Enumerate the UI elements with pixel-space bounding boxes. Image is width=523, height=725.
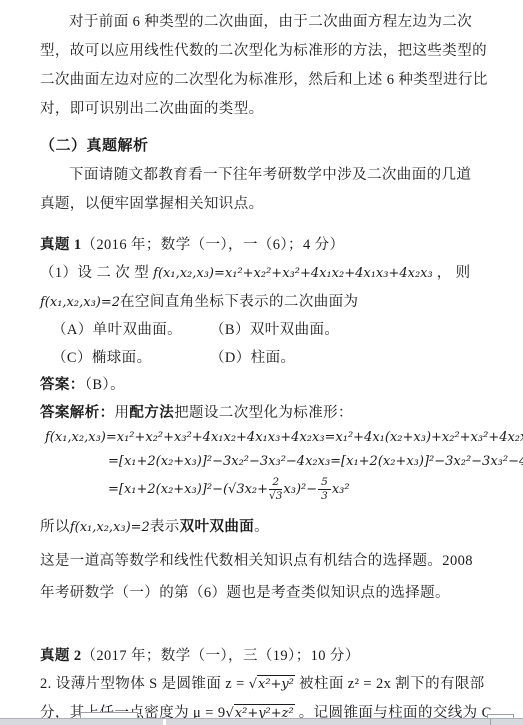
- problem1-statement-line1: （1）设 二 次 型 f(x₁,x₂,x₃)=x₁²+x₂²+x₃²+4x₁x₂…: [40, 259, 487, 288]
- section-intro: 下面请随文都教育看一下往年考研数学中涉及二次曲面的几道 真题，以便牢固掌握相关知…: [40, 161, 487, 219]
- analysis-text: 把题设二次型化为标准形：: [174, 405, 353, 421]
- formula-line-2: =[x₁+2(x₂+x₃)]²−3x₂²−3x₃²−4x₂x₃=[x₁+2(x₂…: [108, 454, 523, 469]
- section-intro-line: 下面请随文都教育看一下往年考研数学中涉及二次曲面的几道: [40, 161, 487, 190]
- options-row-2: （C）椭球面。 （D）柱面。: [52, 344, 487, 373]
- formula-segment: =[x₁+2(x₂+x₃)]²−(√3x₂+: [108, 482, 268, 497]
- section-intro-line: 真题，以便牢固掌握相关知识点。: [40, 190, 487, 219]
- problem2-line1: 2. 设薄片型物体 S 是圆锥面 z = √x²+y² 被柱面 z² = 2x …: [40, 670, 487, 699]
- statement-text: 在空间直角坐标下表示的二次曲面为: [120, 294, 358, 310]
- conclusion-line: 所以f(x₁,x₂,x₃)=2表示双叶双曲面。: [40, 513, 487, 542]
- analysis-label: 答案解析：: [40, 405, 115, 421]
- statement-text: 被柱面 z² = 2x 割下的有限部: [295, 676, 485, 692]
- formula-segment: x₃²: [332, 482, 350, 497]
- problem1-title-number: 真题 1: [40, 237, 81, 253]
- formula-line-3: =[x₁+2(x₂+x₃)]²−(√3x₂+2√3x₃)²−53x₃²: [108, 477, 350, 502]
- conclusion-text: 所以: [40, 519, 70, 535]
- conclusion-text: 表示: [150, 519, 180, 535]
- fraction-numerator: 2: [269, 477, 282, 490]
- option-b: （B）双叶双曲面。: [210, 316, 339, 345]
- section-heading: （二）真题解析: [40, 134, 487, 155]
- fraction-5-over-3: 53: [318, 477, 331, 502]
- document-page: 对于前面 6 种类型的二次曲面，由于二次曲面方程左边为二次 型，故可以应用线性代…: [0, 0, 523, 725]
- problem1-title-meta: （2016 年；数学（一），一（6）；4 分）: [81, 237, 344, 253]
- fraction-denominator: √3: [269, 490, 282, 502]
- problem2-title: 真题 2（2017 年；数学（一），三（19）；10 分）: [40, 642, 487, 671]
- sqrt-sign: √: [249, 677, 257, 692]
- statement-text: 2. 设薄片型物体 S 是圆锥面 z =: [40, 676, 249, 692]
- formula-segment: x₃)²−: [283, 482, 317, 497]
- intro-line: 二次曲面左边对应的二次型化为标准形，然后和上述 6 种类型进行比: [40, 66, 487, 95]
- intro-line: 对，即可识别出二次曲面的类型。: [40, 95, 487, 124]
- fraction-2-over-sqrt3: 2√3: [269, 477, 282, 502]
- fraction-numerator: 5: [318, 477, 331, 490]
- intro-paragraph: 对于前面 6 种类型的二次曲面，由于二次曲面方程左边为二次 型，故可以应用线性代…: [40, 8, 487, 124]
- statement-text: （1）设 二 次 型: [40, 265, 153, 281]
- analysis-text: 用: [115, 405, 130, 421]
- option-c: （C）椭球面。: [52, 344, 210, 373]
- level-set-equation: f(x₁,x₂,x₃)=2: [70, 520, 150, 535]
- closing-line-2: 年考研数学（一）的第（6）题也是考查类似知识点的选择题。: [40, 579, 487, 608]
- problem1-statement-line2: f(x₁,x₂,x₃)=2在空间直角坐标下表示的二次曲面为: [40, 288, 487, 317]
- quadratic-form-equation: f(x₁,x₂,x₃)=x₁²+x₂²+x₃²+4x₁x₂+4x₁x₃+4x₂x…: [153, 266, 433, 281]
- statement-text: ， 则: [433, 265, 471, 281]
- analysis-line: 答案解析：用配方法把题设二次型化为标准形：: [40, 399, 487, 428]
- radicand: x²+y²: [257, 675, 295, 692]
- bottom-cutoff-band: [0, 718, 523, 725]
- closing-line-1: 这是一道高等数学和线性代数相关知识点有机结合的选择题。2008: [40, 547, 487, 576]
- problem2-title-meta: （2017 年；数学（一），三（19）；10 分）: [81, 648, 359, 664]
- answer-label: 答案：: [40, 377, 85, 393]
- answer-line: 答案：（B）。: [40, 371, 487, 400]
- intro-line: 对于前面 6 种类型的二次曲面，由于二次曲面方程左边为二次: [40, 8, 487, 37]
- surface-type-bold: 双叶双曲面: [180, 519, 255, 535]
- fraction-denominator: 3: [318, 490, 331, 502]
- answer-value: （B）。: [85, 377, 125, 393]
- analysis-method-bold: 配方法: [129, 405, 174, 421]
- formula-line-1: f(x₁,x₂,x₃)=x₁²+x₂²+x₃²+4x₁x₂+4x₁x₃+4x₂x…: [45, 430, 523, 445]
- level-set-equation: f(x₁,x₂,x₃)=2: [40, 295, 120, 310]
- option-d: （D）柱面。: [210, 344, 295, 373]
- cone-surface-radical: √x²+y²: [249, 675, 295, 692]
- bottom-band-divider: [490, 719, 491, 725]
- intro-line: 型，故可以应用线性代数的二次型化为标准形的方法，把这些类型的: [40, 37, 487, 66]
- conclusion-text: 。: [254, 519, 269, 535]
- problem1-title: 真题 1（2016 年；数学（一），一（6）；4 分）: [40, 231, 487, 260]
- problem2-title-number: 真题 2: [40, 648, 81, 664]
- option-a: （A）单叶双曲面。: [52, 316, 210, 345]
- bottom-band-gap: [163, 719, 166, 725]
- options-row-1: （A）单叶双曲面。 （B）双叶双曲面。: [52, 316, 487, 345]
